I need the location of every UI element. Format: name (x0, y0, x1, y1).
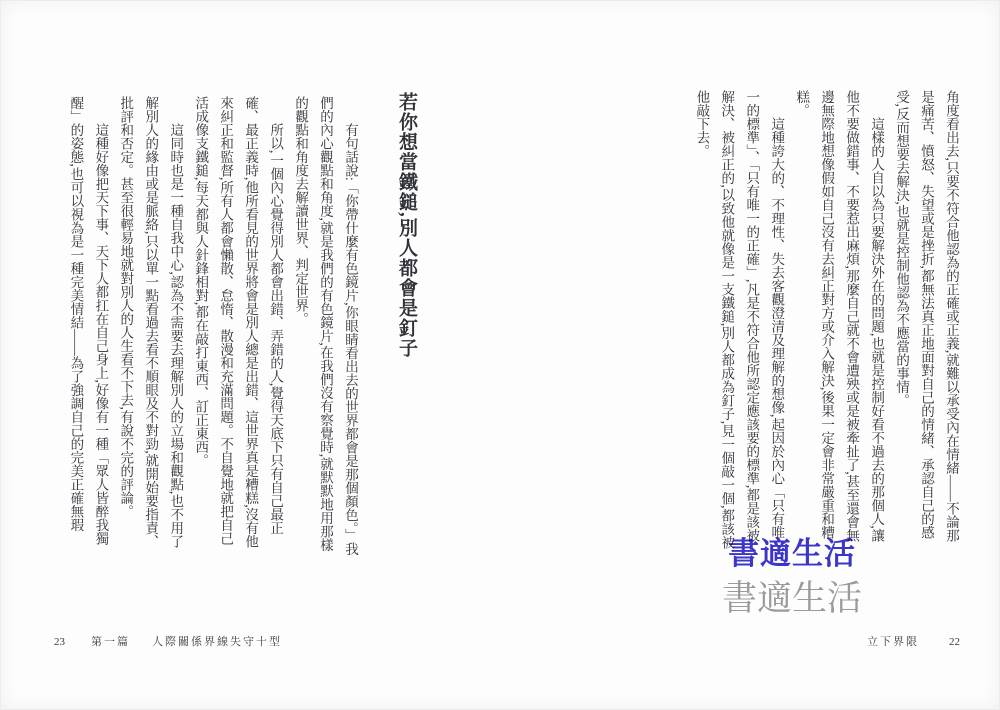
book-spread: 角度看出去,只要不符合他認為的正確或正義,就難以承受內在情緒——不論那是痛苦、憤… (0, 0, 1000, 710)
page-number-right: 22 (949, 636, 960, 648)
right-paragraph-continued: 角度看出去,只要不符合他認為的正確或正義,就難以承受內在情緒——不論那是痛苦、憤… (888, 90, 963, 550)
right-page-footer: 立下界限 22 (867, 633, 960, 649)
section-title: 立下界限 (867, 633, 919, 649)
right-paragraph: 這樣的人自以為只要解決外在的問題,也就是控制好看不過去的那個人,讓他不要做錯事、… (788, 90, 888, 550)
left-paragraph: 這種好像把天下事、天下人都扛在自己身上,好像有一種「眾人皆醉我獨醒」的姿態,也可… (62, 96, 112, 556)
chapter-section-heading: 若你想當鐵鎚,別人都會是釘子 (393, 92, 420, 392)
chapter-label: 第一篇 (91, 633, 130, 649)
right-paragraph: 這種誇大的、不理性、失去客觀澄清及理解的想像,起因於內心「只有唯一的標準」、「只… (688, 90, 788, 550)
right-page-body: 角度看出去,只要不符合他認為的正確或正義,就難以承受內在情緒——不論那是痛苦、憤… (688, 90, 963, 550)
page-number-left: 23 (54, 636, 65, 648)
left-paragraph: 這同時也是一種自我中心,認為不需要去理解別人的立場和觀點,也不用了解別人的緣由或… (112, 96, 187, 556)
left-paragraph: 所以,一個內心覺得別人都會出錯、弄錯的人,覺得天底下只有自己最正確、最正義時,他… (187, 96, 287, 556)
left-page-body: 有句話說:「你帶什麼有色鏡片,你眼睛看出去的世界都會是那個顏色。」我們的內心觀點… (62, 96, 362, 556)
watermark-text-gray: 書適生活 (722, 571, 862, 621)
chapter-title: 人際關係界線失守十型 (152, 633, 282, 649)
left-page-footer: 23 第一篇 人際關係界線失守十型 (54, 633, 282, 649)
left-paragraph: 有句話說:「你帶什麼有色鏡片,你眼睛看出去的世界都會是那個顏色。」我們的內心觀點… (287, 96, 362, 556)
